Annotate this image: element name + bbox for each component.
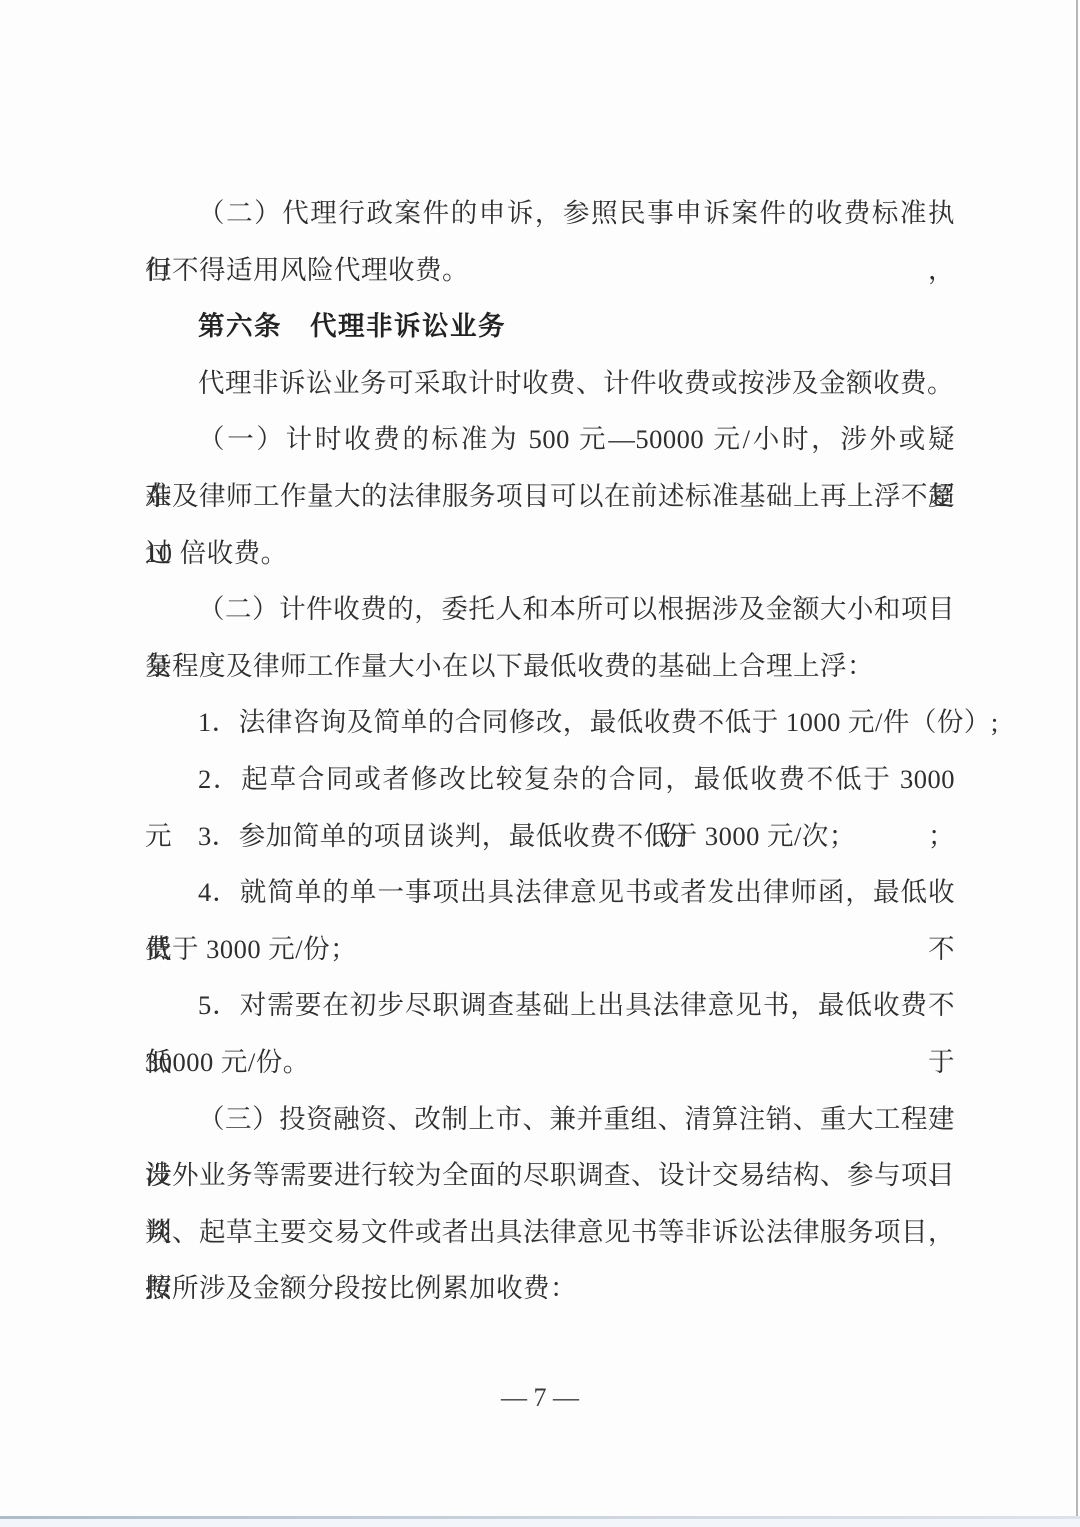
section-heading: 第六条 代理非诉讼业务 — [145, 298, 955, 355]
text-line: 杂及律师工作量大的法律服务项目可以在前述标准基础上再上浮不超过 — [145, 468, 955, 525]
document-body: （二）代理行政案件的申诉，参照民事申诉案件的收费标准执行，但不得适用风险代理收费… — [145, 185, 955, 1317]
text-line: （二）代理行政案件的申诉，参照民事申诉案件的收费标准执行， — [145, 185, 955, 242]
text-line: 涉外业务等需要进行较为全面的尽职调查、设计交易结构、参与项目谈 — [145, 1147, 955, 1204]
text-line: 判、起草主要交易文件或者出具法律意见书等非诉讼法律服务项目，按 — [145, 1204, 955, 1261]
text-line: 1．法律咨询及简单的合同修改，最低收费不低于 1000 元/件（份）; — [145, 694, 955, 751]
text-line: 3．参加简单的项目谈判，最低收费不低于 3000 元/次； — [145, 808, 955, 865]
text-line: 杂程度及律师工作量大小在以下最低收费的基础上合理上浮： — [145, 638, 955, 695]
text-line: （二）计件收费的，委托人和本所可以根据涉及金额大小和项目复 — [145, 581, 955, 638]
document-page: （二）代理行政案件的申诉，参照民事申诉案件的收费标准执行，但不得适用风险代理收费… — [0, 0, 1080, 1527]
text-line: 照所涉及金额分段按比例累加收费： — [145, 1260, 955, 1317]
text-line: （三）投资融资、改制上市、兼并重组、清算注销、重大工程建设、 — [145, 1091, 955, 1148]
text-line: 5．对需要在初步尽职调查基础上出具法律意见书，最低收费不低于 — [145, 977, 955, 1034]
text-line: 2．起草合同或者修改比较复杂的合同，最低收费不低于 3000 元/份； — [145, 751, 955, 808]
text-line: 代理非诉讼业务可采取计时收费、计件收费或按涉及金额收费。 — [145, 355, 955, 412]
text-line: （一）计时收费的标准为 500 元—50000 元/小时，涉外或疑难、复 — [145, 411, 955, 468]
page-footer: — 7 — — [0, 1372, 1080, 1424]
page-number: — 7 — — [501, 1383, 579, 1412]
text-line: 4．就简单的单一事项出具法律意见书或者发出律师函，最低收费不 — [145, 864, 955, 921]
scan-artifact-right-edge — [1076, 0, 1078, 1527]
text-line: 10 倍收费。 — [145, 525, 955, 582]
scan-artifact-bottom-margin — [0, 1519, 1080, 1527]
